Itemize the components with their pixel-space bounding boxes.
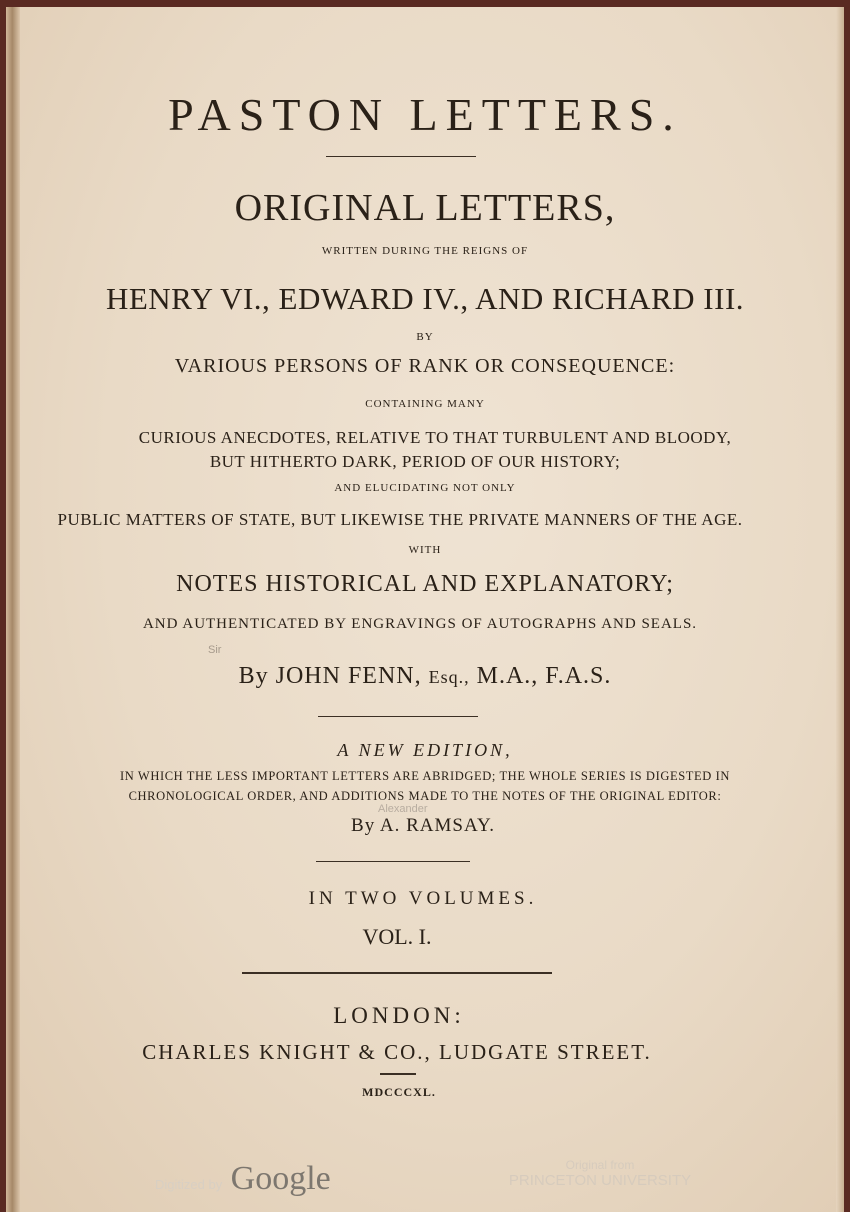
divider-rule xyxy=(380,1073,416,1075)
notes: NOTES HISTORICAL AND EXPLANATORY; xyxy=(0,571,850,598)
divider-rule xyxy=(326,156,476,157)
volume-number: VOL. I. xyxy=(0,924,822,950)
elucidating: AND ELUCIDATING NOT ONLY xyxy=(0,482,850,494)
pencil-annotation: Alexander xyxy=(378,803,428,815)
google-logo: Google xyxy=(231,1160,331,1197)
author-by: By xyxy=(239,663,269,689)
editor-line: By A. RAMSAY. xyxy=(0,815,848,837)
digitized-by-label: Digitized by xyxy=(155,1177,222,1192)
divider-rule xyxy=(318,716,478,717)
publisher: CHARLES KNIGHT & CO., LUDGATE STREET. xyxy=(0,1040,822,1065)
author-line: By JOHN FENN, Esq., M.A., F.A.S. xyxy=(0,663,850,690)
authenticated: AND AUTHENTICATED BY ENGRAVINGS OF AUTOG… xyxy=(0,616,845,633)
public-matters: PUBLIC MATTERS OF STATE, BUT LIKEWISE TH… xyxy=(0,510,825,530)
edition-line-2: CHRONOLOGICAL ORDER, AND ADDITIONS MADE … xyxy=(0,789,850,804)
original-from-label: Original from xyxy=(500,1158,700,1172)
editor-name: A. RAMSAY. xyxy=(380,815,495,836)
various-persons: VARIOUS PERSONS OF RANK OR CONSEQUENCE: xyxy=(0,355,850,378)
pencil-annotation: Sir xyxy=(208,644,221,656)
with-label: WITH xyxy=(0,544,850,556)
volumes: IN TWO VOLUMES. xyxy=(0,888,848,910)
author-esq: Esq., xyxy=(429,667,470,687)
city: LONDON: xyxy=(0,1003,824,1029)
containing-many: CONTAINING MANY xyxy=(0,398,850,410)
anecdotes-line-1: CURIOUS ANECDOTES, RELATIVE TO THAT TURB… xyxy=(10,428,850,448)
editor-by: By xyxy=(351,815,375,836)
source-watermark: Original from PRINCETON UNIVERSITY xyxy=(500,1158,700,1189)
edition-line-1: IN WHICH THE LESS IMPORTANT LETTERS ARE … xyxy=(0,769,850,784)
author-name: JOHN FENN, xyxy=(276,663,422,689)
divider-rule xyxy=(316,861,470,862)
main-title: PASTON LETTERS. xyxy=(0,88,850,141)
reigns: HENRY VI., EDWARD IV., AND RICHARD III. xyxy=(0,281,850,317)
subtitle: ORIGINAL LETTERS, xyxy=(0,186,850,230)
year: MDCCCXL. xyxy=(0,1085,824,1100)
by-label: BY xyxy=(0,331,850,343)
anecdotes-line-2: BUT HITHERTO DARK, PERIOD OF OUR HISTORY… xyxy=(0,452,840,472)
institution-label: PRINCETON UNIVERSITY xyxy=(500,1172,700,1189)
author-degrees: M.A., F.A.S. xyxy=(477,663,612,689)
divider-rule xyxy=(242,972,552,974)
written-during: WRITTEN DURING THE REIGNS OF xyxy=(0,245,850,257)
new-edition: A NEW EDITION, xyxy=(0,740,850,761)
google-watermark: Digitized by Google xyxy=(155,1160,331,1198)
